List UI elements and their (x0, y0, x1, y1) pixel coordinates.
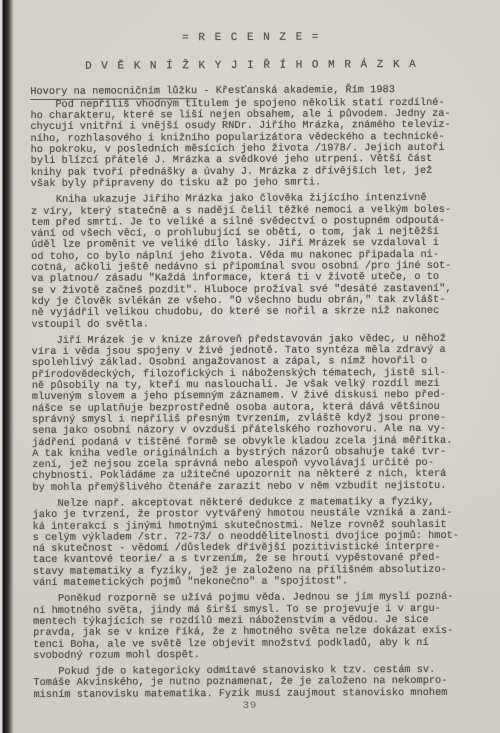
paragraph: Pokud jde o kategoricky odmítavé stanovi… (33, 665, 475, 701)
paragraph: Poněkud rozporně se užívá pojmu věda. Je… (33, 592, 475, 662)
paragraph: Kniha ukazuje Jiřího Mrázka jako člověka… (31, 193, 474, 331)
page-content: = R E C E N Z E = D V Ě K N Í Ž K Y J I … (30, 32, 476, 706)
scanned-document-page: = R E C E N Z E = D V Ě K N Í Ž K Y J I … (0, 0, 500, 733)
paragraph: Pod nepříliš vhodným titulem je spojeno … (30, 98, 472, 191)
book-spine-shadow (0, 0, 14, 733)
page-number: 39 (0, 700, 500, 712)
section-header: = R E C E N Z E = (30, 32, 472, 46)
paragraph: Jiří Mrázek je v knize zároveň představo… (32, 334, 475, 494)
body-text: Pod nepříliš vhodným titulem je spojeno … (30, 98, 475, 701)
book-publisher: - Křesťanská akademie, Řím 1983 (197, 84, 395, 97)
article-title: D V Ě K N Í Ž K Y J I Ř Í H O M R Á Z K … (30, 60, 472, 74)
paragraph: Nelze např. akceptovat některé dedukce z… (32, 497, 474, 590)
book-title-line: Hovory na nemocničním lůžku - Křesťanská… (30, 84, 472, 98)
